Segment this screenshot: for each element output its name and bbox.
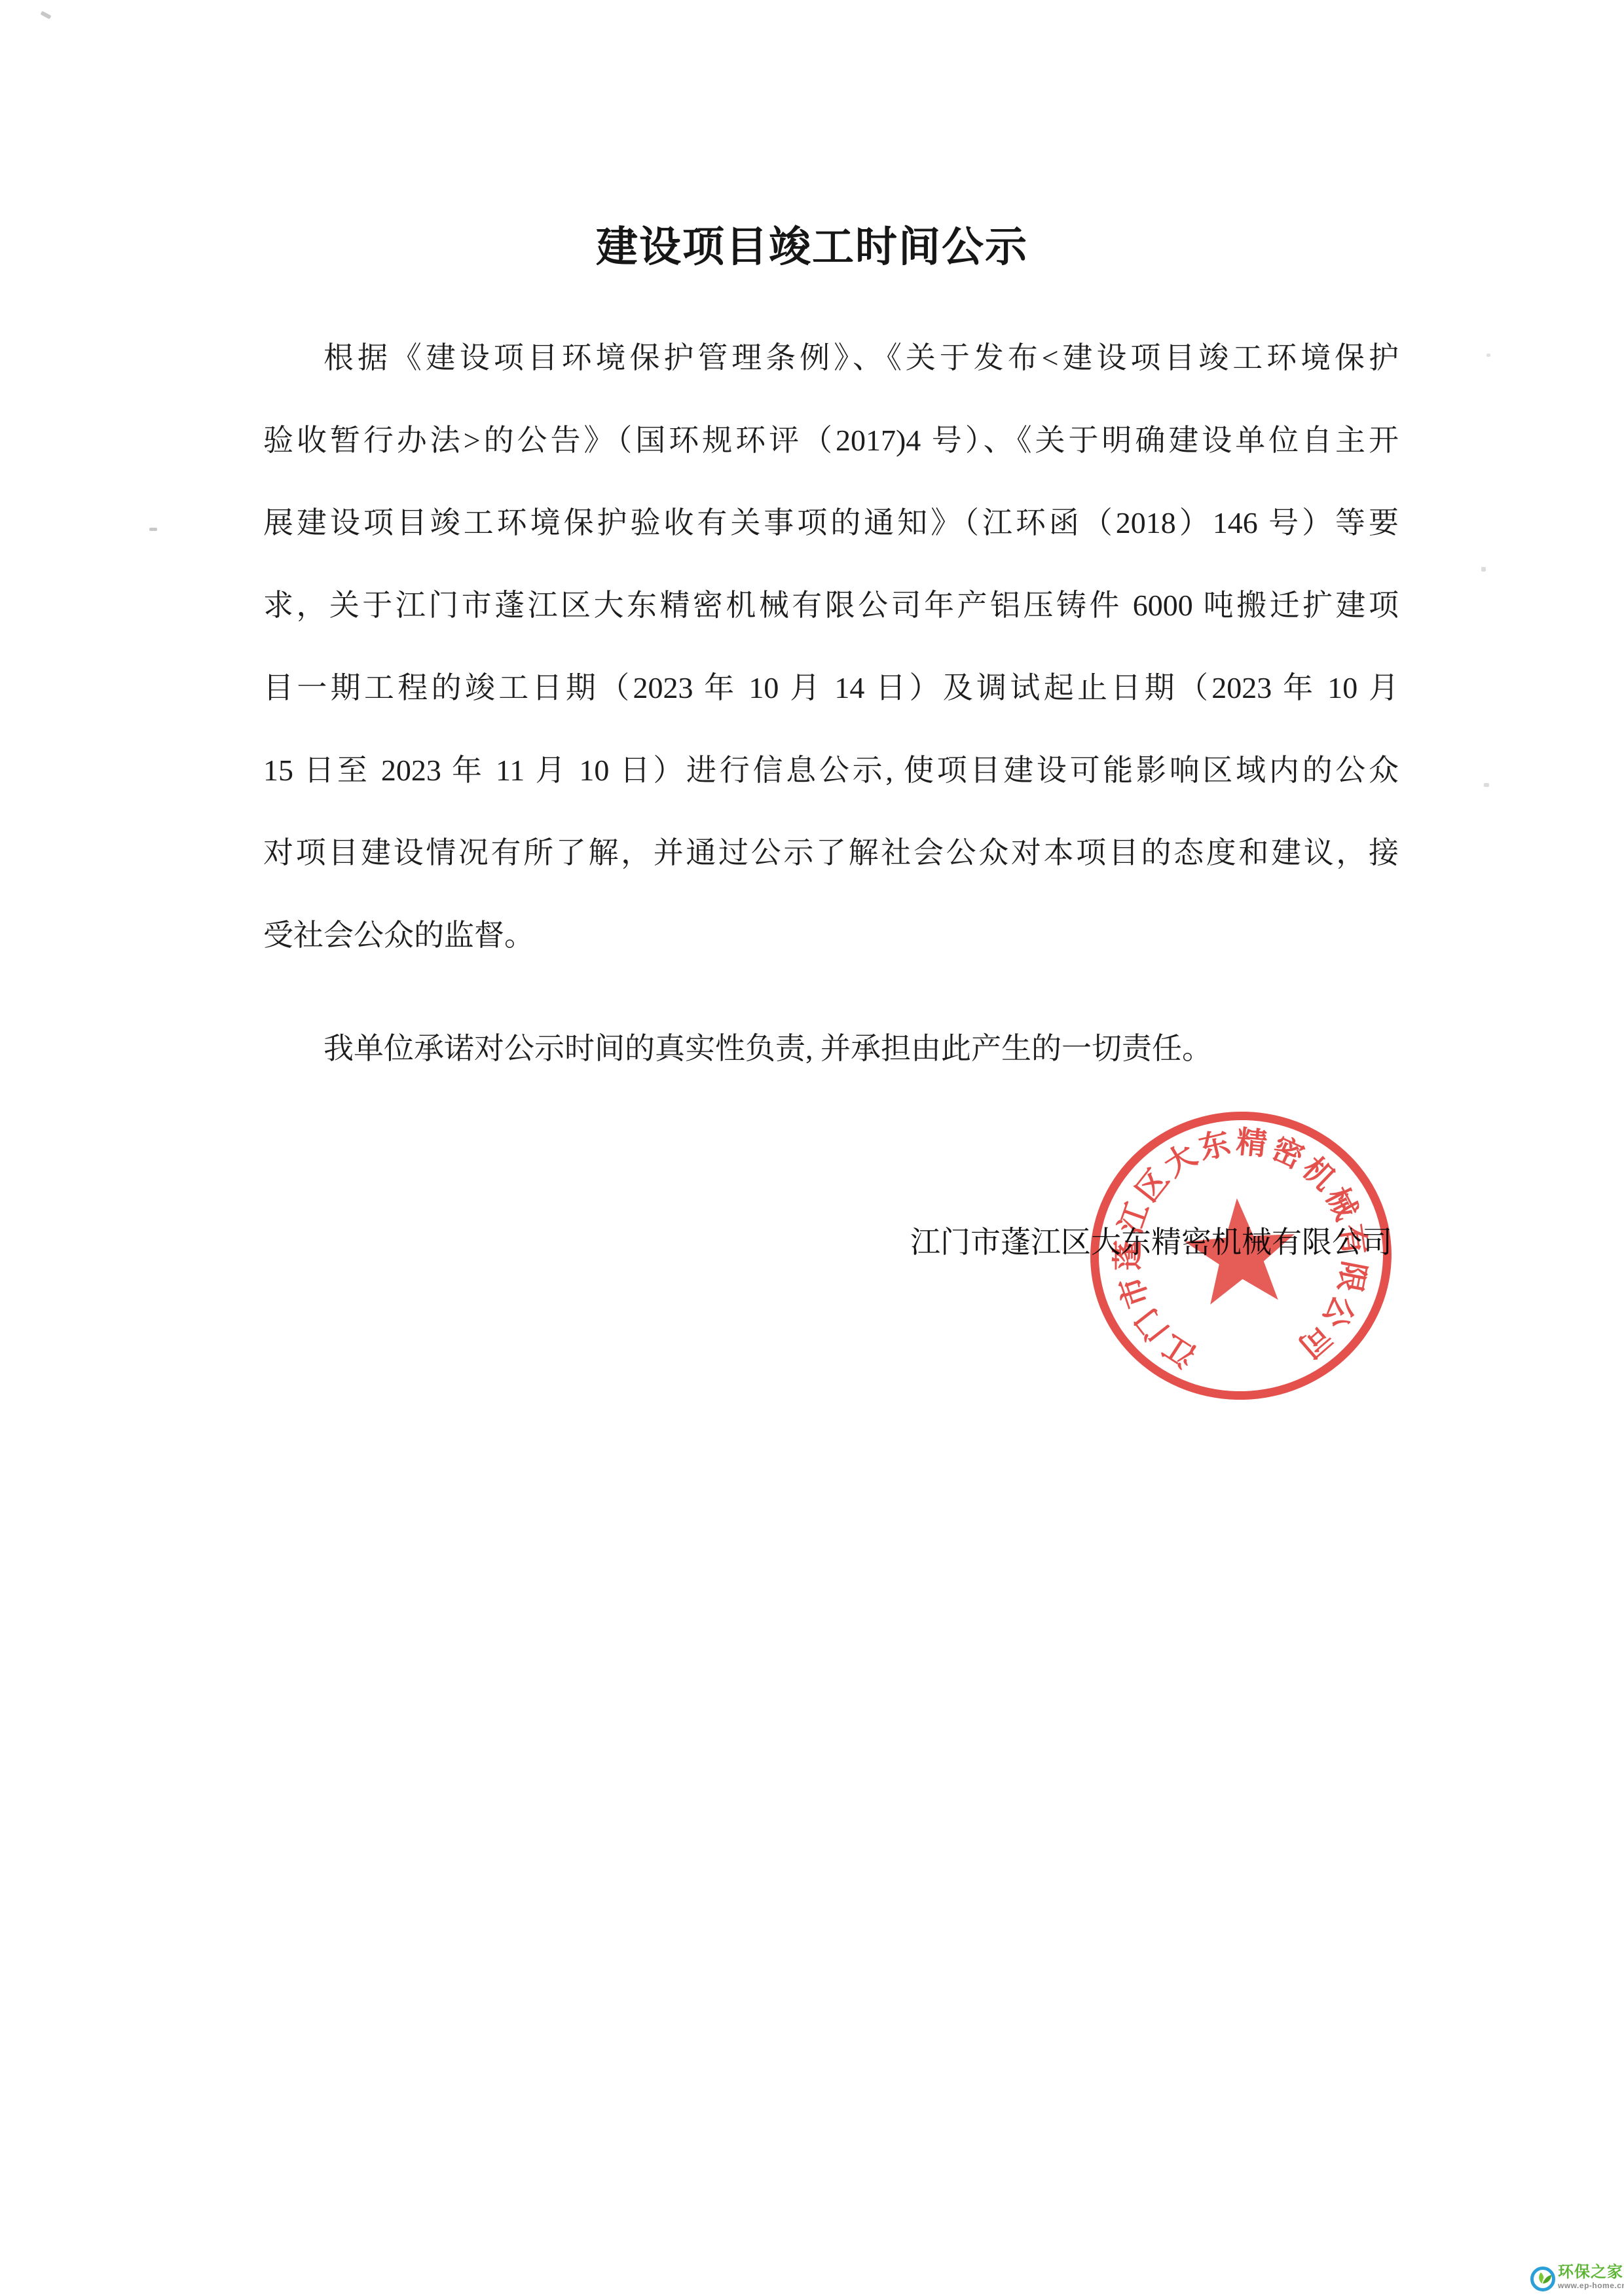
seal-arc-char: 精	[1234, 1118, 1269, 1164]
scan-speck	[41, 11, 52, 20]
page-title: 建设项目竣工时间公示	[0, 216, 1624, 279]
scan-speck	[1481, 567, 1486, 572]
body-line: 15 日至 2023 年 11 月 10 日）进行信息公示, 使项目建设可能影响…	[263, 729, 1399, 812]
scan-speck	[149, 528, 157, 531]
seal-arc-char: 限	[1329, 1258, 1378, 1297]
ep-home-logo-icon	[1530, 2266, 1556, 2292]
commitment-paragraph: 我单位承诺对公示时间的真实性负责, 并承担由此产生的一切责任。	[263, 1008, 1459, 1090]
body-line: 受社会公众的监督。	[263, 894, 1399, 977]
scan-speck	[1486, 354, 1490, 357]
seal-arc-char: 东	[1194, 1119, 1234, 1169]
company-seal: 江门市蓬江区大东精密机械有限公司	[1080, 1101, 1401, 1410]
body-line: 目一期工程的竣工日期（2023 年 10 月 14 日）及调试起止日期（2023…	[263, 647, 1399, 729]
seal-arc-char: 蓬	[1103, 1240, 1147, 1271]
body-line: 求，关于江门市蓬江区大东精密机械有限公司年产铝压铸件 6000 吨搬迁扩建项	[263, 564, 1399, 647]
body-line: 展建设项目竣工环境保护验收有关事项的通知》（江环函（2018）146 号）等要	[263, 482, 1399, 564]
ep-home-watermark: 环保之家 www.ep-home.cn	[1530, 2264, 1624, 2296]
notice-body: 根据《建设项目环境保护管理条例》、《关于发布<建设项目竣工环境保护 验收暂行办法…	[263, 317, 1399, 977]
watermark-site-name: 环保之家	[1558, 2264, 1624, 2281]
watermark-site-url: www.ep-home.cn	[1558, 2281, 1624, 2290]
body-line: 根据《建设项目环境保护管理条例》、《关于发布<建设项目竣工环境保护	[263, 317, 1399, 399]
body-line: 对项目建设情况有所了解，并通过公示了解社会公众对本项目的态度和建议，接	[263, 812, 1399, 894]
scanned-document-page: 建设项目竣工时间公示 根据《建设项目环境保护管理条例》、《关于发布<建设项目竣工…	[0, 0, 1624, 2296]
seal-arc-char: 有	[1331, 1221, 1379, 1258]
body-line: 验收暂行办法>的公告》（国环规环评（2017)4 号）、《关于明确建设单位自主开	[263, 399, 1399, 482]
scan-speck	[1484, 783, 1489, 787]
star-icon	[1179, 1194, 1302, 1317]
